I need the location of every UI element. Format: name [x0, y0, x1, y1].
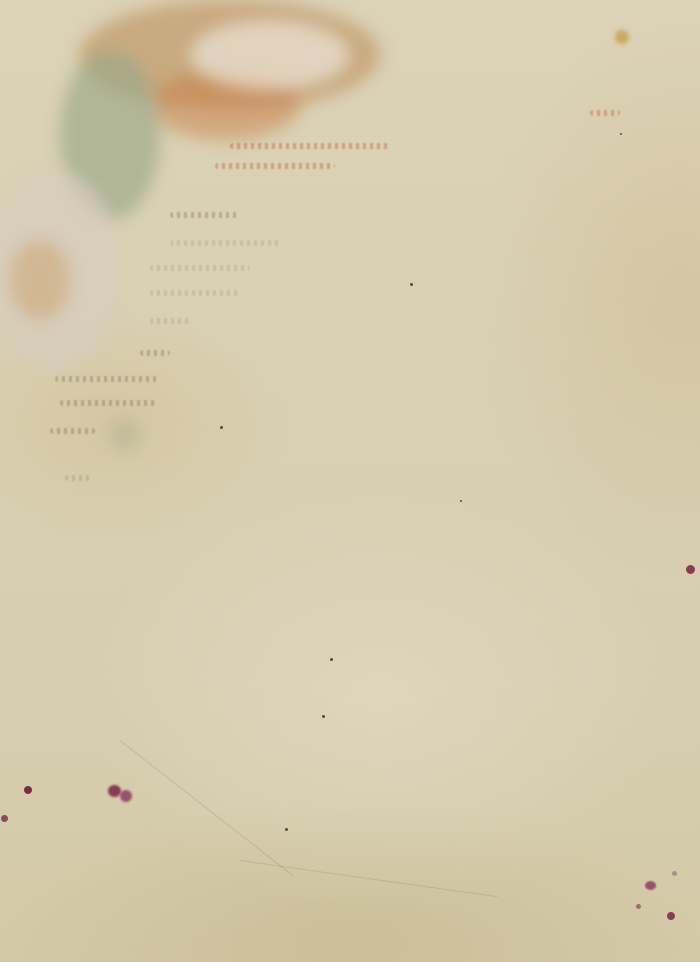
ink-spot — [672, 871, 677, 876]
ink-spot — [686, 565, 695, 574]
crease-line — [240, 860, 498, 897]
ink-spot — [120, 790, 132, 802]
speck — [620, 133, 622, 135]
speck — [330, 658, 333, 661]
ghost-text-line — [150, 318, 190, 324]
top-right-spot — [615, 30, 629, 44]
speck — [322, 715, 325, 718]
ghost-text-line — [150, 265, 250, 271]
ink-spot — [24, 786, 32, 794]
ghost-text-line — [170, 240, 280, 246]
ghost-text-line — [150, 290, 240, 296]
water-stain-left — [10, 240, 70, 320]
speck — [460, 500, 462, 502]
ink-spot — [645, 881, 656, 890]
crease-line — [120, 740, 294, 876]
ghost-text-line — [215, 163, 335, 169]
speck — [220, 426, 223, 429]
pale-abrasion — [190, 20, 350, 90]
ghost-text-line — [230, 143, 390, 149]
ghost-text-line — [50, 428, 95, 434]
ghost-text-line — [60, 400, 155, 406]
ghost-text-line — [140, 350, 170, 356]
ghost-text-line — [65, 475, 90, 481]
parchment-page — [0, 0, 700, 962]
ghost-text-line — [170, 212, 240, 218]
ink-spot — [667, 912, 675, 920]
speck — [410, 283, 413, 286]
ink-spot — [636, 904, 641, 909]
ghost-text-line — [590, 110, 620, 116]
ink-spot — [1, 815, 8, 822]
speck — [285, 828, 288, 831]
ghost-text-line — [55, 376, 160, 382]
faint-green-spot — [110, 420, 140, 450]
